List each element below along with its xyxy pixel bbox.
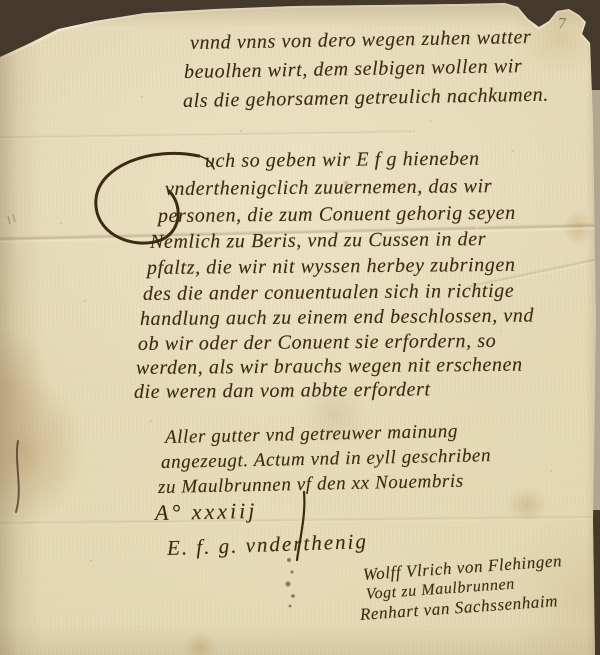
opening-line-1: vnnd vnns von dero wegen zuhen watter bbox=[190, 26, 532, 55]
manuscript-page: vnnd vnns von dero wegen zuhen watter be… bbox=[0, 0, 600, 655]
margin-pencil-ticks bbox=[8, 214, 15, 224]
opening-line-2: beuolhen wirt, dem selbigen wollen wir bbox=[184, 55, 523, 84]
body-line-4: Nemlich zu Beris, vnd zu Cussen in der bbox=[150, 228, 486, 254]
closing-year: A° xxxiij bbox=[155, 498, 258, 526]
fold-crease-lower bbox=[0, 513, 600, 528]
body-line-5: pfaltz, die wir nit wyssen herbey zubrin… bbox=[147, 254, 516, 280]
closing-line-1: Aller gutter vnd getreuwer mainung bbox=[165, 421, 458, 449]
body-line-3: personen, die zum Conuent gehorig seyen bbox=[158, 202, 516, 228]
body-line-2: vnderthenigclich zuuernemen, das wir bbox=[165, 175, 492, 201]
body-line-8: ob wir oder der Conuent sie erfordern, s… bbox=[138, 330, 496, 356]
scanned-document: vnnd vnns von dero wegen zuhen watter be… bbox=[0, 0, 600, 655]
ink-smudge-trail bbox=[286, 558, 295, 607]
body-line-1: uch so geben wir E f g hieneben bbox=[205, 148, 480, 173]
closing-line-2: angezeugt. Actum vnd in eyll geschriben bbox=[161, 445, 492, 474]
closing-dateline: zu Maulbrunnen vf den xx Nouembris bbox=[158, 471, 464, 499]
subscription-line: E. f. g. vnderthenig bbox=[167, 529, 369, 561]
body-line-6: des die ander conuentualen sich in richt… bbox=[143, 280, 514, 306]
opening-line-3: als die gehorsamen getreulich nachkumen. bbox=[183, 84, 549, 113]
folio-number: 7 bbox=[557, 15, 567, 34]
body-line-10: die weren dan vom abbte erfordert bbox=[134, 378, 431, 404]
body-line-9: werden, als wir brauchs wegen nit ersche… bbox=[136, 354, 523, 380]
dirt-specks bbox=[0, 0, 2, 2]
body-line-7: handlung auch zu einem end beschlossen, … bbox=[140, 305, 534, 331]
paper-slit bbox=[16, 441, 19, 512]
fold-crease-upper bbox=[0, 128, 415, 142]
